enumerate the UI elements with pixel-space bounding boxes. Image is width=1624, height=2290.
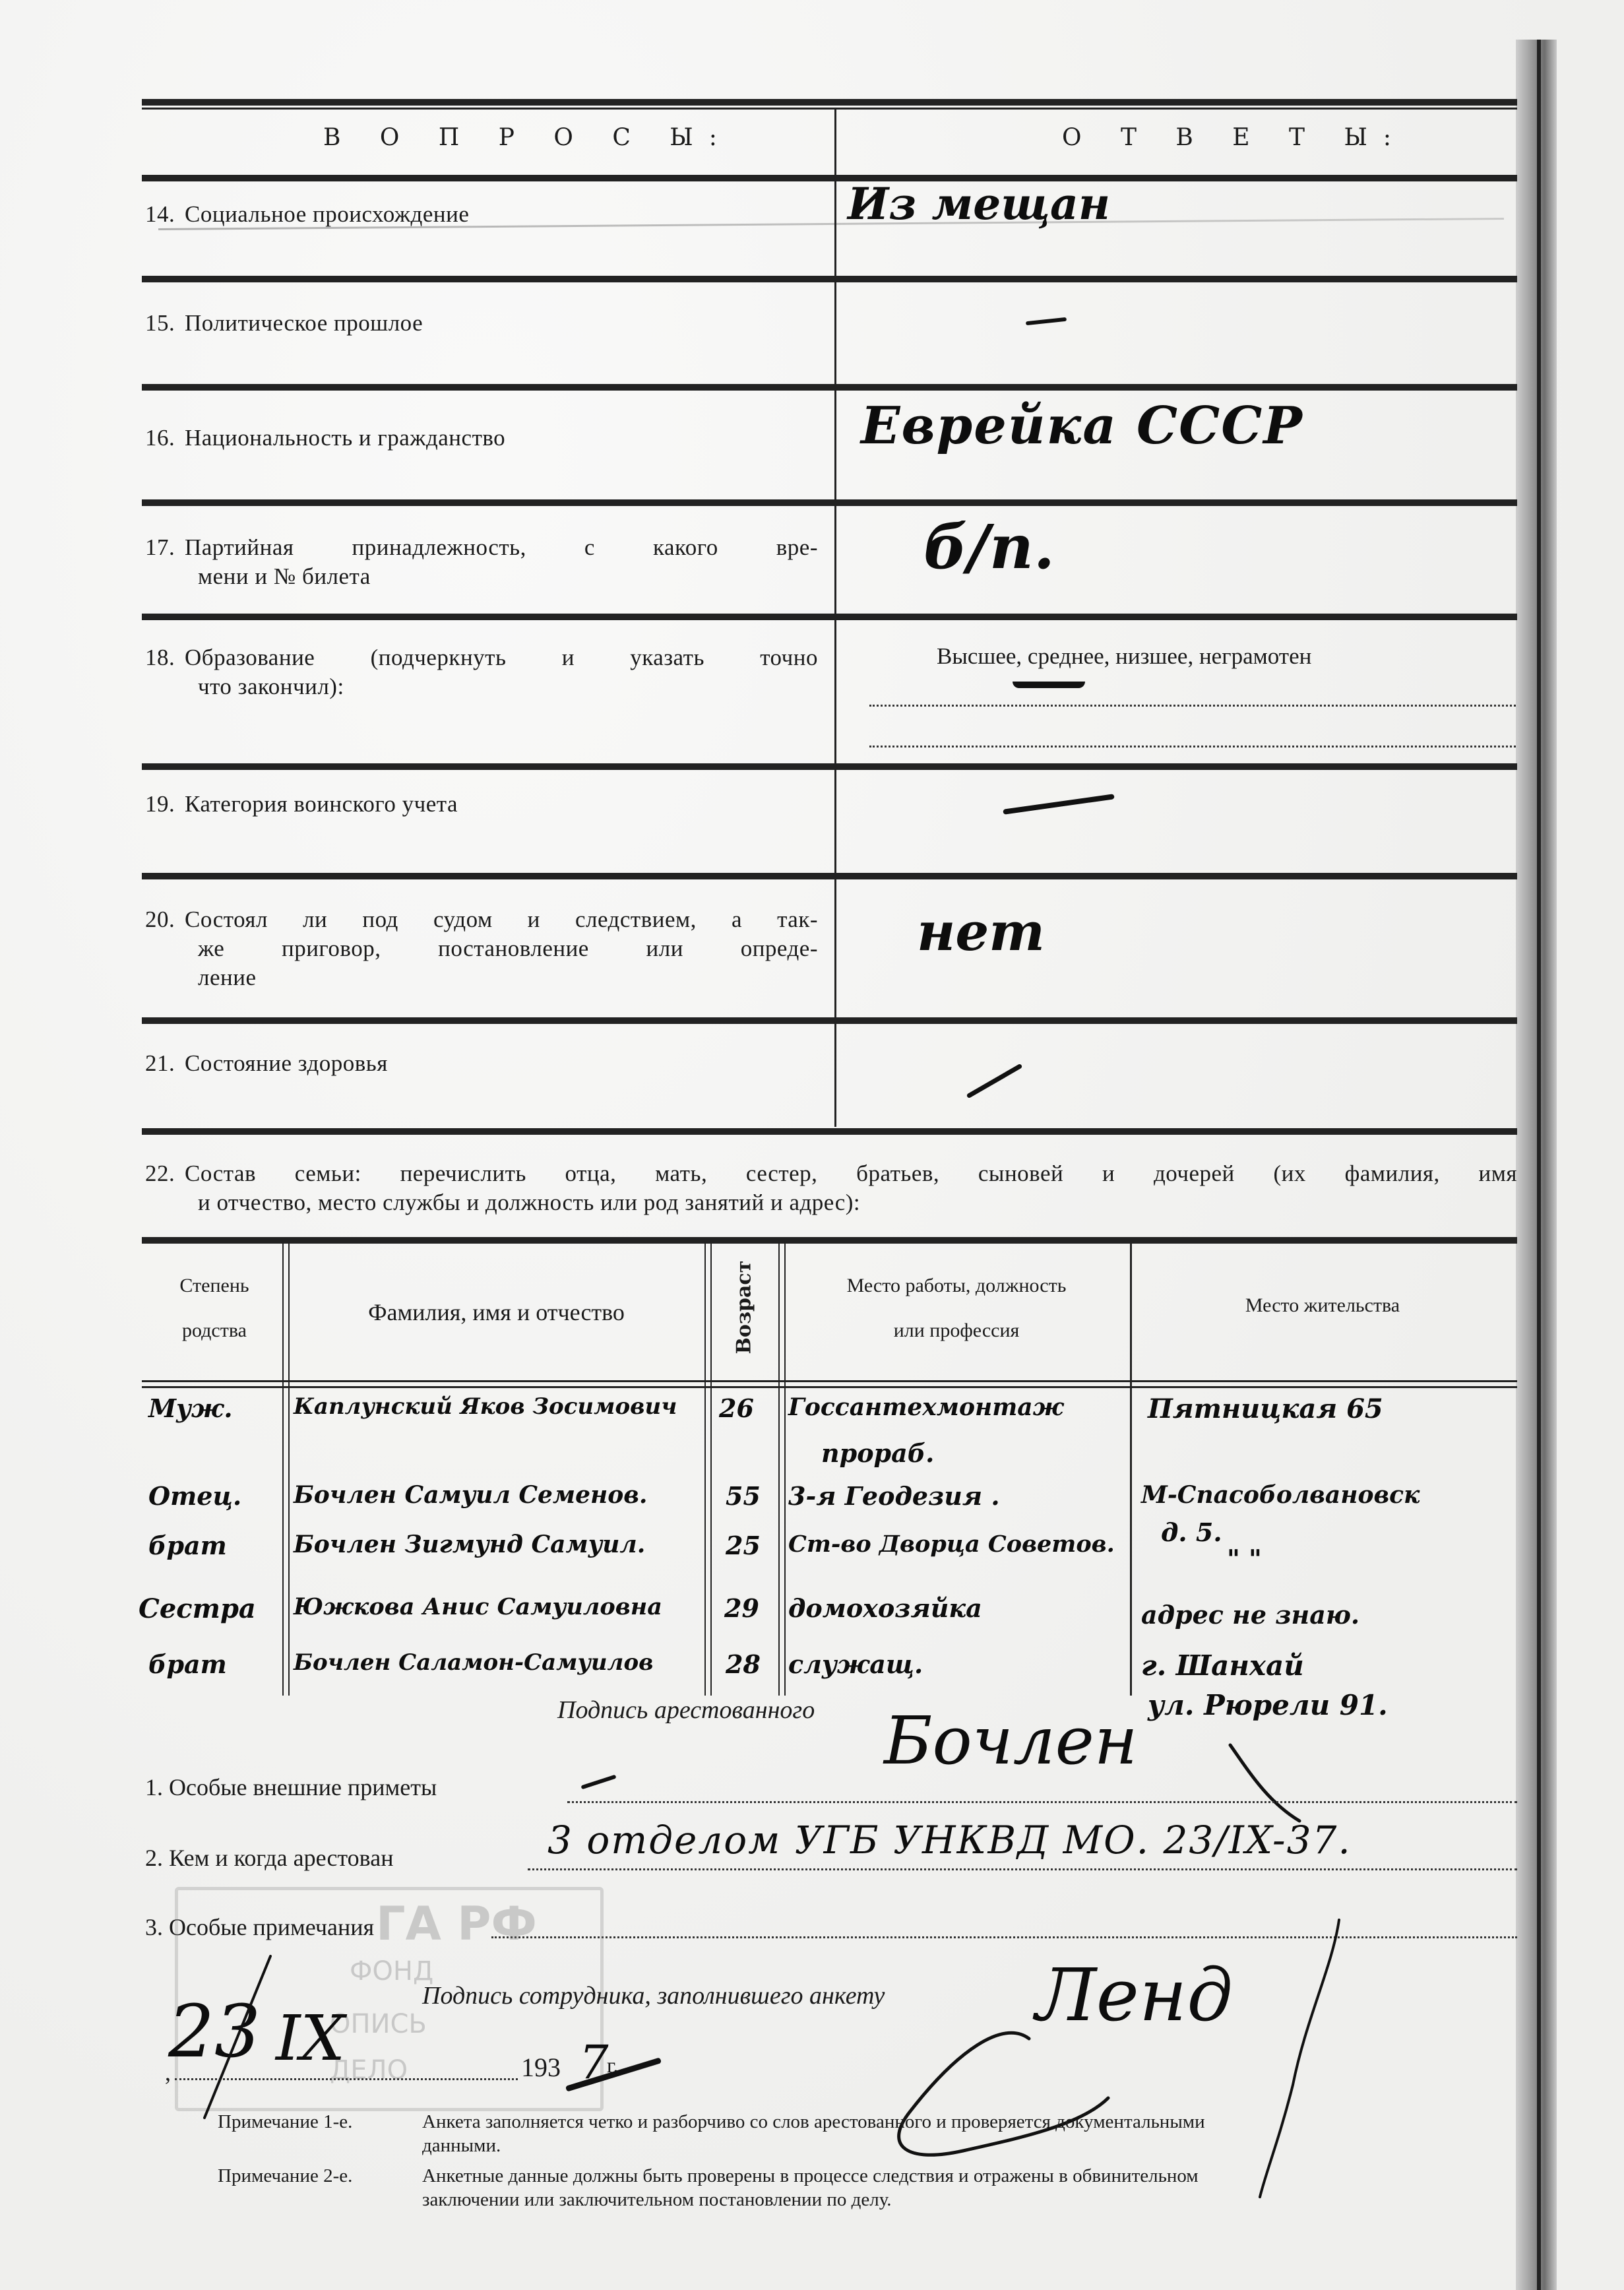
family-col-residence: Место жительства <box>1135 1293 1511 1318</box>
family-row-age: 25 <box>726 1531 761 1560</box>
family-col-work: Место работы, должность или профессия <box>785 1273 1128 1343</box>
note-2: Примечание 2-е.Анкетные данные должны бы… <box>218 2164 1511 2211</box>
row-rule <box>142 499 1517 506</box>
family-row-age: 28 <box>726 1649 761 1679</box>
dotted-line <box>869 746 1516 747</box>
family-row-residence: Пятницкая 65 <box>1148 1393 1383 1424</box>
family-row-work: Ст-во Дворца Советов. <box>788 1531 1115 1558</box>
family-row-residence: М-Спасоболвановск <box>1141 1481 1420 1509</box>
arrested-signature-label: Подпись арестованного <box>557 1696 815 1725</box>
page-edge-line <box>1537 40 1541 2290</box>
family-row-residence: г. Шанхай <box>1141 1649 1304 1682</box>
family-col-age: Возраст <box>733 1275 756 1354</box>
note-1: Примечание 1-е.Анкета заполняется четко … <box>218 2110 1511 2157</box>
questions-header: В О П Р О С Ы: <box>323 124 733 151</box>
question-22: 22.Состав семьи: перечислить отца, мать,… <box>145 1159 1517 1217</box>
family-table-top-rule <box>142 1237 1517 1244</box>
header-top-thin-rule <box>142 108 1517 110</box>
family-row-work: домохозяйка <box>788 1593 982 1623</box>
arrested-signature: Бочлен <box>884 1702 1138 1779</box>
family-row-residence-2: ул. Рюрели 91. <box>1148 1689 1388 1721</box>
family-row-age: 26 <box>719 1393 754 1423</box>
question-21: 21.Состояние здоровья <box>145 1049 818 1078</box>
date-month: IX <box>276 2002 345 2075</box>
education-underline-mark <box>1013 682 1085 688</box>
answer-14-handwritten: Из мещан <box>848 178 1110 230</box>
family-row-residence: " " <box>1227 1544 1262 1574</box>
date-year-prefix: 193 <box>521 2052 561 2083</box>
family-row-relation: Сестра <box>139 1593 256 1624</box>
education-option-illiterate: неграмотен <box>1199 643 1311 669</box>
family-table-header-rule <box>142 1386 1517 1388</box>
education-option-higher: Высшее, <box>937 643 1022 669</box>
question-15: 15.Политическое прошлое <box>145 309 818 338</box>
family-row-work: служащ. <box>788 1649 923 1679</box>
family-row-age: 55 <box>726 1481 761 1511</box>
dotted-line <box>567 1801 1517 1803</box>
education-options: Высшее, среднее, низшее, неграмотен <box>937 643 1311 670</box>
family-row-relation: брат <box>148 1531 227 1560</box>
family-table-divider <box>282 1244 290 1696</box>
family-table-divider <box>704 1244 712 1696</box>
family-col-name: Фамилия, имя и отчество <box>290 1300 703 1325</box>
answer-17-handwritten: б/п. <box>923 511 1055 583</box>
family-row-residence-2: д. 5. <box>1161 1517 1222 1547</box>
signature-tail-stroke <box>1227 1742 1306 1828</box>
family-row-work-2: прораб. <box>821 1438 934 1468</box>
question-14: 14.Социальное происхождение <box>145 200 818 229</box>
family-row-name: Южкова Анис Самуиловна <box>294 1593 662 1620</box>
family-row-work: 3-я Геодезия . <box>788 1481 1000 1511</box>
header-top-rule <box>142 99 1517 106</box>
family-row-name: Каплунский Яков Зосимович <box>294 1393 677 1420</box>
date-slash <box>198 1953 277 2124</box>
question-18: 18.Образование (подчеркнуть и указать то… <box>145 643 818 701</box>
dotted-line <box>528 1868 1517 1870</box>
header-bottom-rule <box>142 175 1517 181</box>
family-row-residence: адрес не знаю. <box>1141 1600 1359 1630</box>
row-rule <box>142 614 1517 620</box>
row-rule <box>142 1017 1517 1024</box>
row-rule <box>142 763 1517 770</box>
dotted-line <box>869 705 1516 707</box>
family-table-header-rule <box>142 1380 1517 1382</box>
answer-16-handwritten: Еврейка СССР <box>861 396 1303 456</box>
extra-question-1: 1. Особые внешние приметы <box>145 1773 437 1801</box>
page-edge-shadow <box>1516 40 1557 2290</box>
question-20: 20.Состоял ли под судом и следствием, а … <box>145 905 818 992</box>
education-option-secondary: среднее, <box>1028 643 1109 669</box>
education-option-lower: низшее, <box>1115 643 1193 669</box>
family-row-relation: брат <box>148 1649 227 1679</box>
row-rule <box>142 1128 1517 1135</box>
family-row-relation: Отец. <box>148 1481 241 1511</box>
family-row-work: Госсантехмонтаж <box>788 1393 1064 1421</box>
extra-question-2: 2. Кем и когда арестован <box>145 1844 393 1872</box>
family-row-age: 29 <box>724 1593 759 1623</box>
family-row-name: Бочлен Зигмунд Самуил. <box>294 1531 645 1558</box>
family-col-relation: Степень родства <box>148 1273 280 1343</box>
family-table-divider <box>1130 1244 1132 1696</box>
family-row-name: Бочлен Самуил Семенов. <box>294 1481 647 1509</box>
family-row-name: Бочлен Саламон-Самуилов <box>294 1649 653 1676</box>
family-row-relation: Муж. <box>148 1393 233 1423</box>
answers-header: О Т В Е Т Ы: <box>1062 124 1407 151</box>
question-19: 19.Категория воинского учета <box>145 790 818 819</box>
row-rule <box>142 873 1517 879</box>
question-16: 16.Национальность и гражданство <box>145 424 818 453</box>
question-17: 17.Партийная принадлежность, с какого вр… <box>145 533 818 591</box>
answer-20-handwritten: нет <box>917 901 1045 963</box>
row-rule <box>142 384 1517 391</box>
extra-answer-2-handwritten: 3 отделом УГБ УНКВД МО. 23/IX-37. <box>547 1818 1352 1862</box>
row-rule <box>142 276 1517 282</box>
